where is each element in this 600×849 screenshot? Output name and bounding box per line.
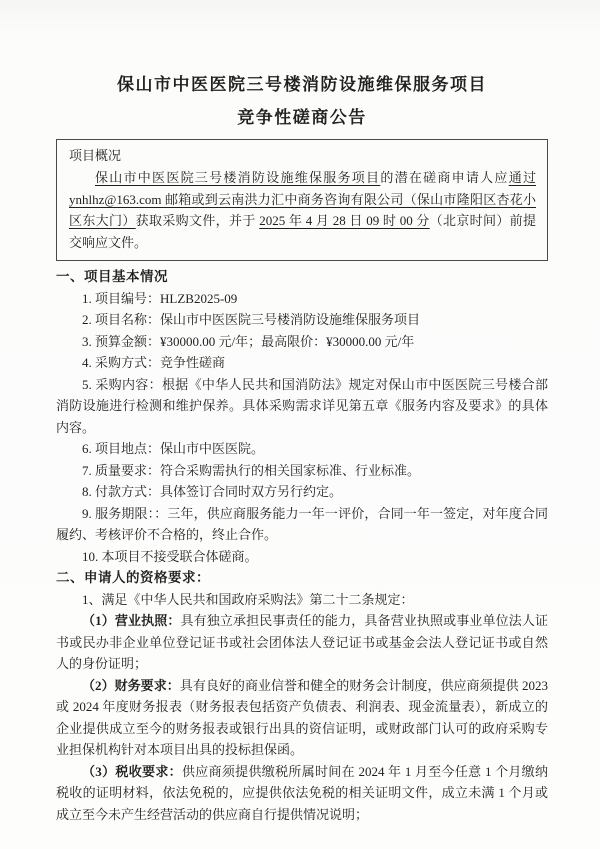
title-line-2: 竞争性磋商公告 [56,101,548,134]
document-title: 保山市中医医院三号楼消防设施维保服务项目 竞争性磋商公告 [56,68,548,134]
scanned-document-page: 保山市中医医院三号楼消防设施维保服务项目 竞争性磋商公告 项目概况 保山市中医医… [0,0,600,849]
basic-item-budget: 3. 预算金额：¥30000.00 元/年；最高限价：¥30000.00 元/年 [56,331,548,353]
qualification-label-financial: （2）财务要求： [82,678,180,693]
basic-item-service-term: 9. 服务期限：：三年，供应商服务能力一年一评价，合同一年一签定，对年度合同履约… [56,503,548,546]
basic-item-no-consortium: 10. 本项目不接受联合体磋商。 [56,546,548,568]
overview-seg-project-name: 保山市中医医院三号楼消防设施维保服务项目 [95,170,380,185]
basic-item-project-number: 1. 项目编号：HLZB2025-09 [56,288,548,310]
basic-item-quality: 7. 质量要求：符合采购需执行的相关国家标准、行业标准。 [56,460,548,482]
section-qualification-heading: 二、申请人的资格要求： [56,567,548,589]
qualification-item-tax: （3）税收要求：供应商须提供缴税所属时间在 2024 年 1 月至今任意 1 个… [56,761,548,826]
section-qualification: 二、申请人的资格要求： 1、满足《中华人民共和国政府采购法》第二十二条规定： （… [56,567,548,825]
qualification-label-business-license: （1）营业执照： [82,613,181,628]
qualification-item-business-license: （1）营业执照：具有独立承担民事责任的能力，具备营业执照或事业单位法人证书或民办… [56,610,548,675]
basic-item-project-name: 2. 项目名称：保山市中医医院三号楼消防设施维保服务项目 [56,309,548,331]
qualification-item-financial: （2）财务要求：具有良好的商业信誉和健全的财务会计制度，供应商须提供 2023 … [56,675,548,761]
overview-heading: 项目概况 [69,145,536,166]
qualification-label-tax: （3）税收要求： [82,764,182,779]
overview-paragraph: 保山市中医医院三号楼消防设施维保服务项目的潜在磋商申请人应通过 ynhlhz@1… [69,167,536,253]
basic-item-payment: 8. 付款方式：具体签订合同时双方另行约定。 [56,481,548,503]
overview-seg-applicant: 的潜在磋商申请人应 [380,170,508,185]
basic-item-location: 6. 项目地点：保山市中医医院。 [56,438,548,460]
overview-seg-obtain-docs: 获取采购文件，并于 [136,213,260,228]
section-basic-info: 一、项目基本情况 1. 项目编号：HLZB2025-09 2. 项目名称：保山市… [56,266,548,567]
title-line-1: 保山市中医医院三号楼消防设施维保服务项目 [56,68,548,101]
qualification-intro: 1、满足《中华人民共和国政府采购法》第二十二条规定： [56,589,548,611]
overview-seg-deadline: 2025 年 4 月 28 日 09 时 00 分 [259,213,429,228]
basic-item-procure-content: 5. 采购内容：根据《中华人民共和国消防法》规定对保山市中医医院三号楼合部消防设… [56,374,548,439]
project-overview-box: 项目概况 保山市中医医院三号楼消防设施维保服务项目的潜在磋商申请人应通过 ynh… [56,139,548,261]
basic-item-procure-method: 4. 采购方式：竞争性磋商 [56,352,548,374]
section-basic-heading: 一、项目基本情况 [56,266,548,288]
